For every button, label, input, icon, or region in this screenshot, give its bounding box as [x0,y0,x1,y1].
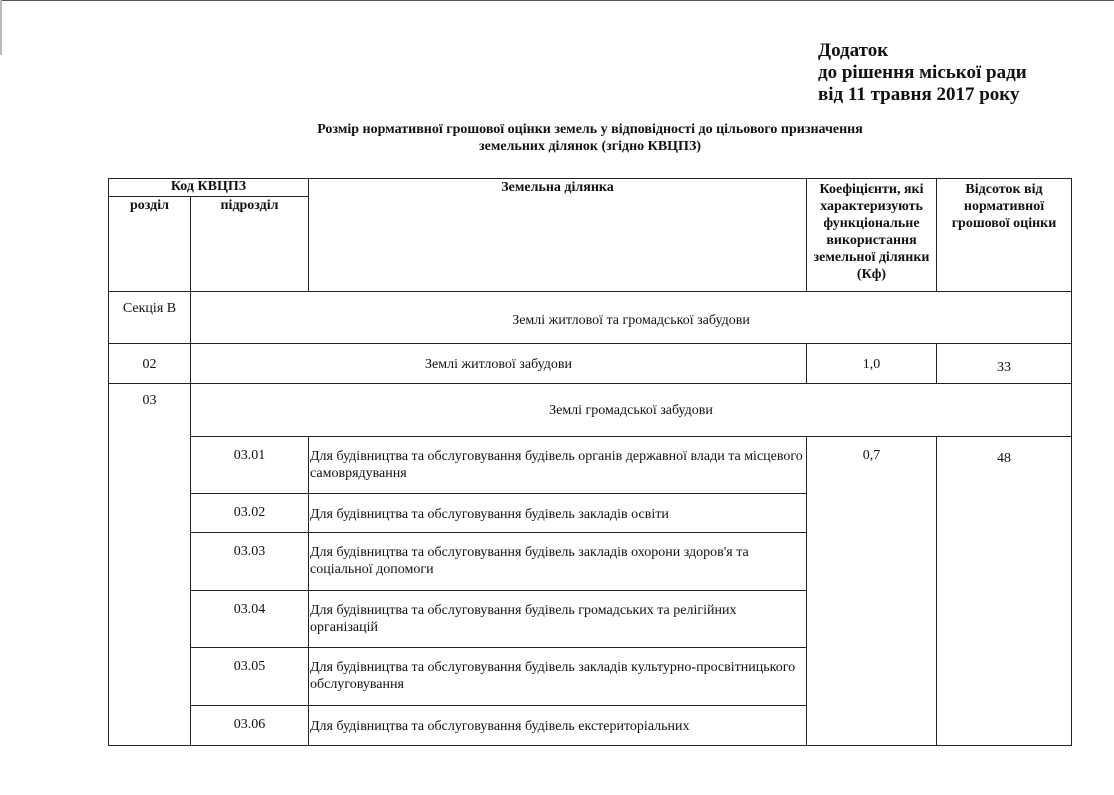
subsection-code: 03.04 [234,602,266,617]
subsection-code-cell: 03.06 [190,705,309,746]
group-03-coefficient-cell: 0,7 [806,436,937,746]
document-title: Розмір нормативної грошової оцінки земел… [230,121,950,155]
group-02-coefficient: 1,0 [863,357,881,372]
header-section: розділ [108,196,191,292]
subsection-code-cell: 03.01 [190,436,309,494]
subsection-code: 03.03 [234,544,266,559]
title-line: Розмір нормативної грошової оцінки земел… [230,121,950,138]
section-code-cell: Секція В [108,291,191,344]
group-03-code: 03 [143,393,157,408]
group-02-name-cell: Землі житлової забудови [190,343,807,384]
group-03-name-cell: Землі громадської забудови [190,383,1072,437]
group-03-name: Землі громадської забудови [549,403,713,418]
subsection-name-cell: Для будівництва та обслуговування будіве… [308,436,807,494]
subsection-name-cell: Для будівництва та обслуговування будіве… [308,493,807,533]
section-name: Землі житлової та громадської забудови [512,313,750,328]
header-code-group-label: Код КВЦПЗ [171,179,246,194]
subsection-code: 03.05 [234,659,266,674]
section-name-cell: Землі житлової та громадської забудови [190,291,1072,344]
header-subsection-label: підрозділ [220,198,278,213]
group-02-coefficient-cell: 1,0 [806,343,937,384]
header-land-plot: Земельна ділянка [308,178,807,292]
subsection-name: Для будівництва та обслуговування будіве… [310,507,669,522]
group-03-percent-cell: 48 [936,436,1072,746]
annex-heading: Додаток до рішення міської ради від 11 т… [818,40,1027,106]
subsection-name: Для будівництва та обслуговування будіве… [310,660,795,692]
scan-edge [0,0,2,55]
subsection-code-cell: 03.02 [190,493,309,533]
section-code: Секція В [123,301,176,316]
header-land-plot-label: Земельна ділянка [501,180,614,195]
subsection-code: 03.06 [234,717,266,732]
header-subsection: підрозділ [190,196,309,292]
subsection-code-cell: 03.05 [190,647,309,706]
subsection-name: Для будівництва та обслуговування будіве… [310,603,736,635]
subsection-name-cell: Для будівництва та обслуговування будіве… [308,590,807,648]
subsection-code-cell: 03.03 [190,532,309,591]
group-02-percent-cell: 33 [936,343,1072,384]
group-02-code-cell: 02 [108,343,191,384]
subsection-name: Для будівництва та обслуговування будіве… [310,449,803,481]
annex-line: до рішення міської ради [818,62,1027,84]
subsection-name-cell: Для будівництва та обслуговування будіве… [308,647,807,706]
annex-line: від 11 травня 2017 року [818,84,1027,106]
group-03-code-cell: 03 [108,383,191,746]
subsection-name: Для будівництва та обслуговування будіве… [310,545,749,577]
header-coefficient-label: Коефіцієнти, які характеризують функціон… [814,182,930,282]
group-02-percent: 33 [997,360,1011,375]
group-02-name: Землі житлової забудови [425,357,572,372]
header-code-group: Код КВЦПЗ [108,178,309,197]
header-percent-label: Відсоток від нормативної грошової оцінки [952,182,1057,231]
group-03-percent: 48 [997,451,1011,466]
subsection-code-cell: 03.04 [190,590,309,648]
annex-line: Додаток [818,40,1027,62]
subsection-code: 03.01 [234,448,266,463]
subsection-name-cell: Для будівництва та обслуговування будіве… [308,532,807,591]
title-line: земельних ділянок (згідно КВЦПЗ) [230,138,950,155]
subsection-code: 03.02 [234,505,266,520]
scan-edge [0,0,1114,1]
header-percent: Відсоток від нормативної грошової оцінки [936,178,1072,292]
group-03-coefficient: 0,7 [863,448,881,463]
header-section-label: розділ [130,198,169,213]
group-02-code: 02 [143,357,157,372]
subsection-name: Для будівництва та обслуговування будіве… [310,719,690,734]
subsection-name-cell: Для будівництва та обслуговування будіве… [308,705,807,746]
header-coefficient: Коефіцієнти, які характеризують функціон… [806,178,937,292]
